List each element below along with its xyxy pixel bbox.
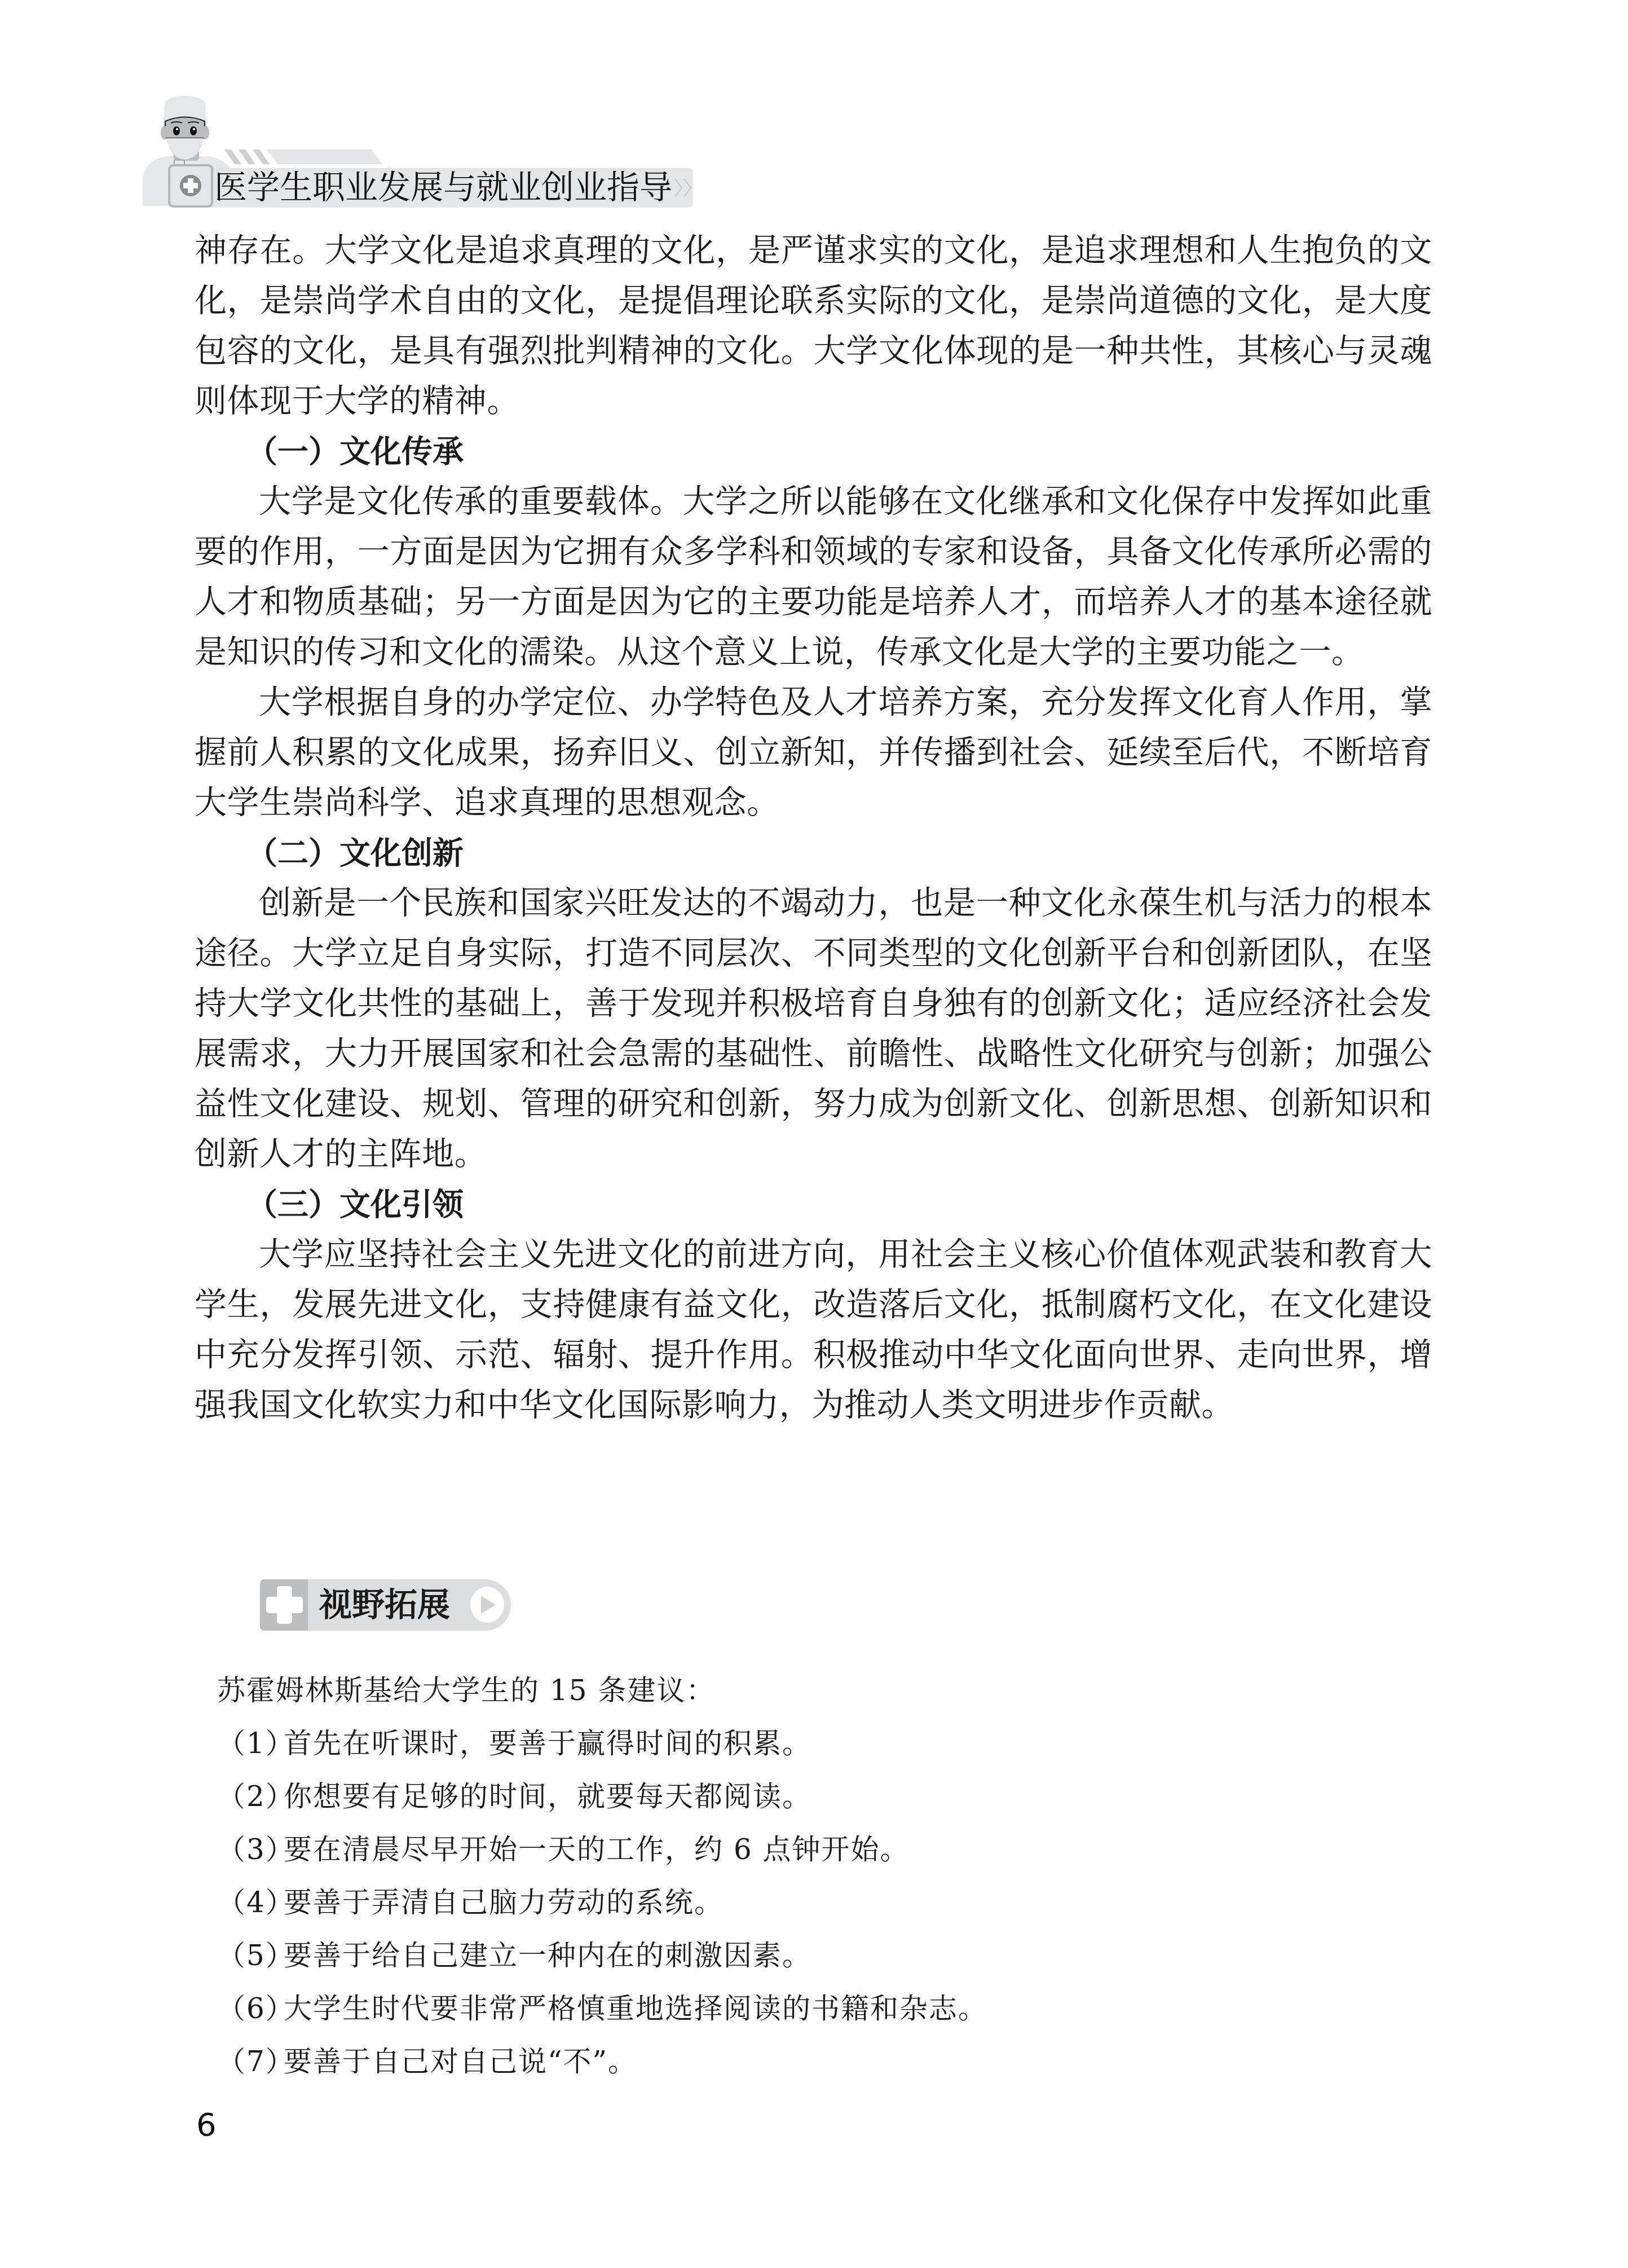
list-item-text: 要善于自己对自己说“不”。 [284,2045,637,2078]
list-item-number: （3） [217,1823,284,1876]
section-heading-cultural-leadership: （三）文化引领 [195,1179,1432,1230]
list-item: （1）首先在听课时，要善于赢得时间的积累。 [217,1717,1401,1770]
list-item-text: 要善于弄清自己脑力劳动的系统。 [284,1886,723,1919]
medical-kit-icon [168,160,213,208]
suggestions-list: 苏霍姆林斯基给大学生的 15 条建议： （1）首先在听课时，要善于赢得时间的积累… [217,1664,1401,2088]
list-item-number: （7） [217,2035,284,2088]
section-heading-cultural-inheritance: （一）文化传承 [195,426,1432,477]
running-header: 医学生职业发展与就业创业指导 [143,93,735,206]
paragraph: 大学根据自身的办学定位、办学特色及人才培养方案，充分发挥文化育人作用，掌握前人积… [195,677,1432,828]
list-item: （6）大学生时代要非常严格慎重地选择阅读的书籍和杂志。 [217,1982,1401,2035]
paragraph: 创新是一个民族和国家兴旺发达的不竭动力，也是一种文化永葆生机与活力的根本途径。大… [195,878,1432,1179]
play-circle-icon [470,1586,505,1623]
list-item-text: 你想要有足够的时间，就要每天都阅读。 [284,1780,811,1813]
double-chevron-right-icon [673,177,695,199]
horizon-expansion-tag: 视野拓展 [260,1579,511,1631]
list-item: （4）要善于弄清自己脑力劳动的系统。 [217,1876,1401,1929]
list-item: （2）你想要有足够的时间，就要每天都阅读。 [217,1770,1401,1823]
list-item-number: （5） [217,1929,284,1982]
intro-paragraph: 神存在。大学文化是追求真理的文化，是严谨求实的文化，是追求理想和人生抱负的文化，… [195,226,1432,426]
main-content: 神存在。大学文化是追求真理的文化，是严谨求实的文化，是追求理想和人生抱负的文化，… [195,226,1432,1430]
list-item-number: （2） [217,1770,284,1823]
paragraph: 大学应坚持社会主义先进文化的前进方向，用社会主义核心价值体观武装和教育大学生，发… [195,1230,1432,1430]
decorative-stripes-icon [224,149,382,164]
list-item: （5）要善于给自己建立一种内在的刺激因素。 [217,1929,1401,1982]
list-item-text: 要在清晨尽早开始一天的工作，约 6 点钟开始。 [284,1833,910,1866]
list-item-number: （6） [217,1982,284,2035]
list-item-text: 首先在听课时，要善于赢得时间的积累。 [284,1727,811,1760]
page-number: 6 [196,2107,217,2143]
list-item: （3）要在清晨尽早开始一天的工作，约 6 点钟开始。 [217,1823,1401,1876]
list-item-text: 大学生时代要非常严格慎重地选择阅读的书籍和杂志。 [284,1992,987,2025]
list-item: （7）要善于自己对自己说“不”。 [217,2035,1401,2088]
list-item-number: （4） [217,1876,284,1929]
plus-icon [260,1579,308,1631]
paragraph: 大学是文化传承的重要载体。大学之所以能够在文化继承和文化保存中发挥如此重要的作用… [195,477,1432,677]
list-item-text: 要善于给自己建立一种内在的刺激因素。 [284,1939,811,1972]
book-title: 医学生职业发展与就业创业指导 [214,165,672,209]
tag-label: 视野拓展 [319,1582,450,1628]
list-item-number: （1） [217,1717,284,1770]
list-intro: 苏霍姆林斯基给大学生的 15 条建议： [217,1664,1401,1717]
section-heading-cultural-innovation: （二）文化创新 [195,828,1432,878]
